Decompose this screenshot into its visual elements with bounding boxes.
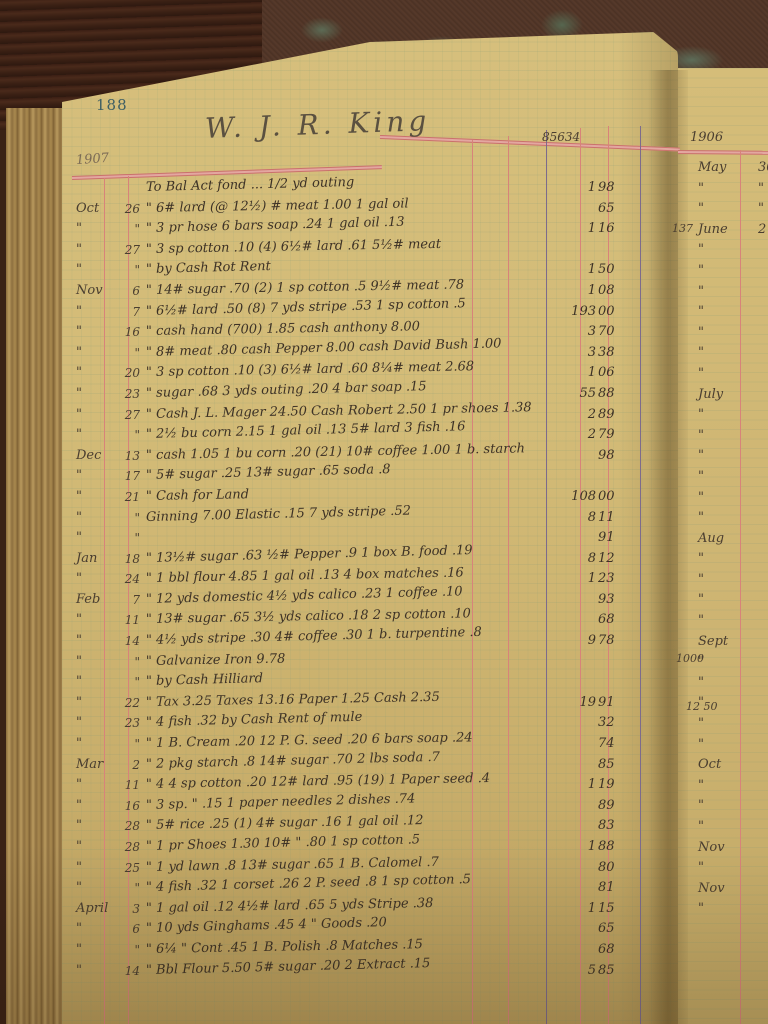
right-page-year: 1906 <box>690 130 723 145</box>
right-page-row: " <box>680 796 768 817</box>
entry-cents: 65 <box>598 199 626 219</box>
entry-cents: 00 <box>598 487 626 507</box>
entry-month: " <box>76 878 122 898</box>
right-page-row: " <box>680 508 768 529</box>
entry-day: 3 <box>118 899 140 919</box>
right-entry-month: " <box>698 590 704 610</box>
entry-cents: 88 <box>598 837 626 857</box>
right-page-row: " <box>680 570 768 591</box>
entry-month: April <box>76 899 122 919</box>
entry-day: " <box>118 343 140 363</box>
entry-month: " <box>76 858 122 878</box>
right-page-row: " <box>680 405 768 426</box>
entry-month: " <box>76 569 122 589</box>
right-page-row: " <box>680 323 768 344</box>
entry-month: " <box>76 425 122 445</box>
entry-day: 7 <box>118 302 140 322</box>
entry-month: " <box>76 322 122 342</box>
ledger-year: 1907 <box>76 151 110 168</box>
opening-balance: 85634 <box>542 130 580 144</box>
entry-day: 24 <box>118 569 140 589</box>
right-entry-month: " <box>698 199 704 219</box>
right-page-row: " <box>680 302 768 323</box>
right-entry-month: " <box>698 323 704 343</box>
right-entry-month: " <box>698 796 704 816</box>
entry-day: 17 <box>118 466 140 486</box>
entry-cents: 79 <box>598 425 626 445</box>
entry-day: " <box>118 672 140 692</box>
right-entry-month: " <box>698 570 704 590</box>
right-entry-month: Nov <box>698 838 725 858</box>
entry-month: " <box>76 384 122 404</box>
entry-month: " <box>76 693 122 713</box>
entry-cents: 70 <box>598 322 626 342</box>
entry-cents: 08 <box>598 281 626 301</box>
entry-cents: 68 <box>598 940 626 960</box>
right-page-row: Oct <box>680 755 768 776</box>
right-page-row: " <box>680 240 768 261</box>
right-entry-month: Nov <box>698 879 725 899</box>
right-page-row: " <box>680 549 768 570</box>
entry-month: " <box>76 775 122 795</box>
right-entry-month: Aug <box>698 529 724 549</box>
entry-dollars: 8 <box>544 508 596 528</box>
right-page-row: " <box>680 446 768 467</box>
entry-month: Dec <box>76 446 122 466</box>
entry-cents: 85 <box>598 961 626 981</box>
entry-day: " <box>118 652 140 672</box>
entry-day: " <box>118 219 140 239</box>
entry-month: " <box>76 405 122 425</box>
right-page-row: " <box>680 282 768 303</box>
entry-month: " <box>76 940 122 960</box>
entry-cents: 68 <box>598 610 626 630</box>
right-page-row: "" <box>680 199 768 220</box>
right-page-row: Nov <box>680 879 768 900</box>
entry-month: " <box>76 961 122 981</box>
right-entry-month: " <box>698 735 704 755</box>
entry-month: " <box>76 713 122 733</box>
entry-cents: 74 <box>598 734 626 754</box>
entry-month: " <box>76 219 122 239</box>
entry-day: 7 <box>118 590 140 610</box>
right-entry-month: " <box>698 611 704 631</box>
entry-day: 14 <box>118 631 140 651</box>
entry-day: " <box>118 528 140 548</box>
right-entry-month: May <box>698 158 726 178</box>
entry-month: " <box>76 734 122 754</box>
right-page-row: " <box>680 343 768 364</box>
right-entry-month: " <box>698 467 704 487</box>
right-entry-day: " <box>758 179 764 199</box>
entry-cents: 98 <box>598 178 626 198</box>
entry-month: Oct <box>76 199 122 219</box>
right-page-row: May30 <box>680 158 768 179</box>
right-entry-day: 2 <box>758 220 766 240</box>
entry-cents: 12 <box>598 549 626 569</box>
entry-month: " <box>76 652 122 672</box>
right-page-row: " <box>680 858 768 879</box>
entry-cents: 06 <box>598 363 626 383</box>
right-entry-month: " <box>698 240 704 260</box>
right-page-row: " <box>680 488 768 509</box>
entry-day: 28 <box>118 816 140 836</box>
right-entry-month: " <box>698 549 704 569</box>
entry-cents: 65 <box>598 919 626 939</box>
right-page-row: " <box>680 261 768 282</box>
ledger-entries: To Bal Act fond ... 1/2 yd outing198Oct2… <box>70 178 690 981</box>
entry-cents: 93 <box>598 590 626 610</box>
entry-month: " <box>76 631 122 651</box>
right-page-row: Sept <box>680 632 768 653</box>
entry-month: Feb <box>76 590 122 610</box>
entry-cents: 00 <box>598 302 626 322</box>
right-page-row: " <box>680 467 768 488</box>
entry-day: 23 <box>118 384 140 404</box>
right-entry-month: " <box>698 179 704 199</box>
entry-month: " <box>76 260 122 280</box>
entry-month: Nov <box>76 281 122 301</box>
gutter-note: 1000 <box>676 652 704 665</box>
right-page-row: " <box>680 590 768 611</box>
entry-cents: 89 <box>598 405 626 425</box>
entry-month: " <box>76 302 122 322</box>
ledger-row: "14" Bbl Flour 5.50 5# sugar .20 2 Extra… <box>70 961 690 982</box>
entry-cents: 80 <box>598 858 626 878</box>
entry-day: 6 <box>118 281 140 301</box>
entry-cents: 23 <box>598 569 626 589</box>
right-entry-month: " <box>698 282 704 302</box>
right-page-row: " <box>680 426 768 447</box>
entry-cents: 98 <box>598 446 626 466</box>
right-page-row: " <box>680 776 768 797</box>
entry-month: " <box>76 796 122 816</box>
entry-day: 6 <box>118 919 140 939</box>
right-entry-month: " <box>698 776 704 796</box>
right-page-row: "" <box>680 179 768 200</box>
right-entry-day: " <box>758 199 764 219</box>
entry-day: 14 <box>118 961 140 981</box>
entry-cents: 81 <box>598 878 626 898</box>
right-entry-month: June <box>698 220 728 240</box>
entry-month: Jan <box>76 549 122 569</box>
entry-day: " <box>118 734 140 754</box>
right-page-row: July <box>680 385 768 406</box>
right-entry-month: " <box>698 673 704 693</box>
entry-day: " <box>118 508 140 528</box>
entry-day: 18 <box>118 549 140 569</box>
right-page-row: " <box>680 364 768 385</box>
entry-cents: 91 <box>598 693 626 713</box>
entry-day: 11 <box>118 775 140 795</box>
right-entry-month: " <box>698 714 704 734</box>
entry-day: 25 <box>118 858 140 878</box>
entry-day: 27 <box>118 405 140 425</box>
entry-month: " <box>76 508 122 528</box>
right-entry-month: " <box>698 488 704 508</box>
entry-cents: 50 <box>598 260 626 280</box>
right-entry-month: " <box>698 405 704 425</box>
entry-cents: 83 <box>598 816 626 836</box>
right-page-entries: May30""""June2"""""""July""""""Aug""""Se… <box>680 158 768 920</box>
entry-month: " <box>76 919 122 939</box>
entry-month: " <box>76 610 122 630</box>
entry-cents: 88 <box>598 384 626 404</box>
right-entry-month: " <box>698 302 704 322</box>
entry-month: " <box>76 240 122 260</box>
right-entry-day: 30 <box>758 158 768 178</box>
right-entry-month: " <box>698 261 704 281</box>
entry-month: " <box>76 343 122 363</box>
entry-day: " <box>118 425 140 445</box>
right-page-row: " <box>680 611 768 632</box>
entry-day: " <box>118 260 140 280</box>
right-entry-month: " <box>698 343 704 363</box>
entry-day: 16 <box>118 322 140 342</box>
entry-cents: 19 <box>598 775 626 795</box>
entry-day: 21 <box>118 487 140 507</box>
entry-month: " <box>76 363 122 383</box>
entry-month: Mar <box>76 755 122 775</box>
entry-cents: 32 <box>598 713 626 733</box>
right-page-row: " <box>680 817 768 838</box>
entry-day: 11 <box>118 610 140 630</box>
right-entry-month: " <box>698 364 704 384</box>
ledger-row: ""Ginning 7.00 Elastic .15 7 yds stripe … <box>70 508 690 529</box>
right-entry-month: " <box>698 858 704 878</box>
entry-day: " <box>118 940 140 960</box>
right-page-row: " <box>680 735 768 756</box>
entry-month: " <box>76 528 122 548</box>
entry-month: " <box>76 816 122 836</box>
entry-month: " <box>76 487 122 507</box>
right-entry-month: " <box>698 446 704 466</box>
entry-cents: 78 <box>598 631 626 651</box>
entry-cents: 89 <box>598 796 626 816</box>
right-entry-month: Sept <box>698 632 728 652</box>
entry-day: 27 <box>118 240 140 260</box>
entry-cents: 38 <box>598 343 626 363</box>
right-page-row: " <box>680 714 768 735</box>
right-page-row: " <box>680 673 768 694</box>
right-page-row: June2 <box>680 220 768 241</box>
entry-day: " <box>118 878 140 898</box>
entry-month: " <box>76 672 122 692</box>
entry-day: 13 <box>118 446 140 466</box>
right-entry-month: " <box>698 817 704 837</box>
page-number: 188 <box>96 96 128 114</box>
gutter-note: 137 <box>672 222 693 235</box>
entry-day: 16 <box>118 796 140 816</box>
right-entry-month: July <box>698 385 723 405</box>
entry-month: " <box>76 466 122 486</box>
entry-cents: 15 <box>598 899 626 919</box>
right-entry-month: " <box>698 899 704 919</box>
entry-cents: 91 <box>598 528 626 548</box>
entry-cents: 16 <box>598 219 626 239</box>
entry-day: 28 <box>118 837 140 857</box>
gutter-note: 12 50 <box>686 700 718 713</box>
entry-day: 2 <box>118 755 140 775</box>
entry-day: 23 <box>118 713 140 733</box>
entry-day: 22 <box>118 693 140 713</box>
right-page-row: Aug <box>680 529 768 550</box>
entry-cents: 85 <box>598 755 626 775</box>
entry-day: 20 <box>118 363 140 383</box>
entry-dollars: 5 <box>544 961 596 981</box>
right-page-row: Nov <box>680 838 768 859</box>
right-entry-month: Oct <box>698 755 721 775</box>
right-entry-month: " <box>698 426 704 446</box>
entry-day: 26 <box>118 199 140 219</box>
header-rule-right <box>678 150 768 155</box>
entry-month: " <box>76 837 122 857</box>
right-entry-month: " <box>698 508 704 528</box>
right-page-row: " <box>680 899 768 920</box>
entry-cents: 11 <box>598 508 626 528</box>
